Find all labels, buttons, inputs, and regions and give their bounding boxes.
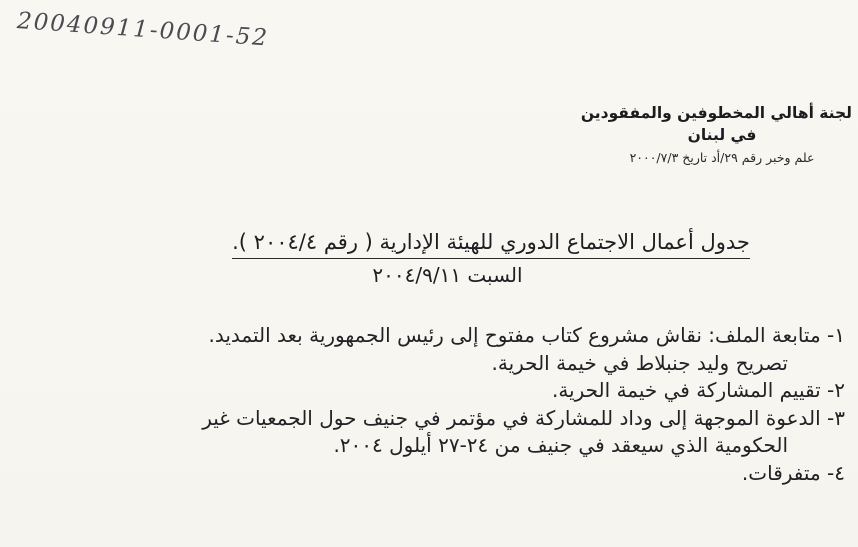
agenda-item-4: ٤- متفرقات.: [200, 460, 845, 488]
agenda-item-3: ٣- الدعوة الموجهة إلى وداد للمشاركة في م…: [200, 405, 845, 433]
scanned-document-page: 20040911-0001-52 لجنة أهالي المخطوفين وا…: [0, 0, 858, 547]
agenda-item-2: ٢- تقييم المشاركة في خيمة الحرية.: [200, 377, 845, 405]
agenda-title-text: جدول أعمال الاجتماع الدوري للهيئة الإدار…: [232, 229, 750, 259]
agenda-list: ١- متابعة الملف: نقاش مشروع كتاب مفتوح إ…: [200, 322, 845, 487]
agenda-item-1-continuation: تصريح وليد جنبلاط في خيمة الحرية.: [200, 350, 845, 378]
handwritten-reference-number: 20040911-0001-52: [16, 8, 270, 52]
agenda-title: جدول أعمال الاجتماع الدوري للهيئة الإدار…: [181, 229, 801, 259]
agenda-item-1: ١- متابعة الملف: نقاش مشروع كتاب مفتوح إ…: [200, 322, 845, 350]
registration-notice-line: علم وخبر رقم ٢٩/أد تاريخ ٢٠٠٠/٧/٣: [592, 148, 852, 168]
organization-name-line-2: في لبنان: [592, 124, 852, 146]
agenda-item-3-continuation: الحكومية الذي سيعقد في جنيف من ٢٤-٢٧ أيل…: [200, 432, 845, 460]
letterhead: لجنة أهالي المخطوفين والمفقودين في لبنان…: [592, 102, 852, 168]
meeting-date-line: السبت ٢٠٠٤/٩/١١: [180, 263, 715, 288]
organization-name-line-1: لجنة أهالي المخطوفين والمفقودين: [592, 102, 852, 124]
